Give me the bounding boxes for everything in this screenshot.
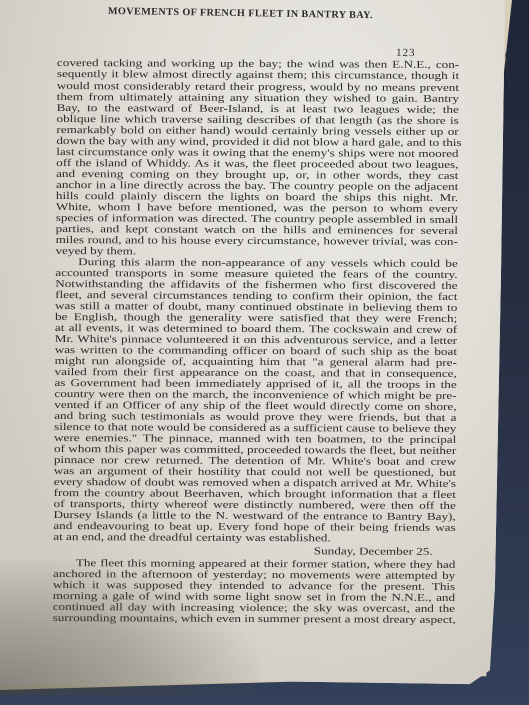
- running-header: MOVEMENTS OF FRENCH FLEET IN BANTRY BAY.: [108, 6, 418, 22]
- text-line: sequently it blew almost directly agains…: [57, 69, 459, 82]
- dateline: Sunday, December 25.: [53, 545, 433, 558]
- book-page: MOVEMENTS OF FRENCH FLEET IN BANTRY BAY.…: [0, 0, 505, 691]
- text-line: surrounding mountains, which even in sum…: [53, 613, 455, 626]
- page-number: 123: [396, 47, 416, 59]
- text-line: at an end, and the dreadful certainty wa…: [53, 532, 455, 545]
